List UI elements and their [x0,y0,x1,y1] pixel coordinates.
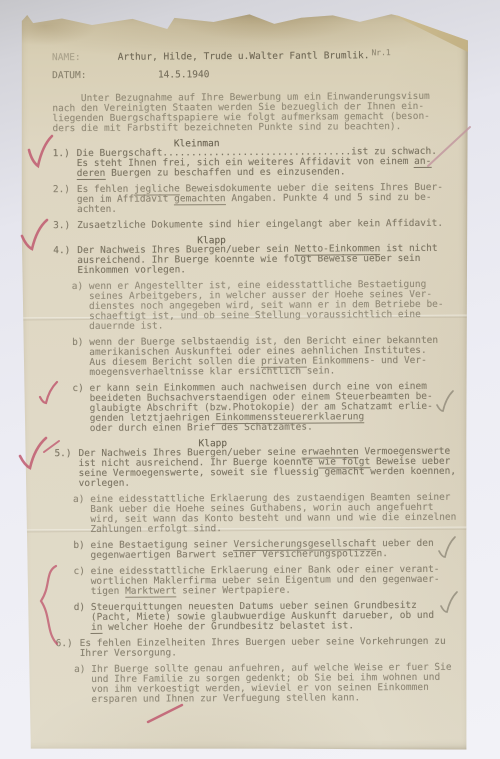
doc-line: ersparen und Ihnen zur Verfuegung stelle… [91,693,451,705]
sub-item-label: d) [74,603,91,633]
doc-line: oder durch einen Brief des Schatzamtes. [90,422,433,434]
sub-item-label: c) [73,567,90,597]
sub-item-label: a) [72,282,89,332]
scanned-document-page: { "colors": { "ink": "#57503f", "paper":… [0,0,500,759]
sub-item-row: b)wenn der Buerge selbstaendig ist, den … [72,336,454,378]
date-label: DATUM: [52,71,118,81]
numbered-item: Klapp5.)Der Nachweis Ihres Buergen/ueber… [54,438,455,633]
item-number: 6.) [56,639,80,659]
doc-line: dauernde ist. [89,320,444,332]
sub-item-row: c)eine eidesstattliche Erklaerung einer … [73,565,455,597]
item-number: 3.) [53,221,77,231]
sub-item-row: c)er kann sein Einkommen auch nachweisen… [72,382,454,434]
item-number: 5.) [54,449,78,489]
name-value: Arthur, Hilde, Trude u.Walter Fantl Brum… [118,51,391,63]
date-value: 14.5.1940 [118,70,210,81]
item-body: Es fehlen Einzelheiten Ihres Buergen ueb… [80,637,446,659]
doc-line: ders die mit Farbstift bezeichneten Punk… [52,122,452,134]
sub-item-body: wenn der Buerge selbstaendig ist, den Be… [89,336,438,378]
item-body: Zusaetzliche Dokumente sind hier eingela… [77,219,443,231]
doc-line: deren Buergen zu beschaffen und es einzu… [77,167,437,179]
doc-line: gegenwaertigen Barwert seiner Versicheru… [90,549,433,561]
doc-line: Zusaetzliche Dokumente sind hier eingela… [77,219,443,231]
sub-item-row: b)eine Bestaetigung seiner Versicherungs… [73,539,455,561]
date-row: DATUM: 14.5.1940 [52,69,452,81]
doc-line: Zahlungen erfolgt sind. [90,523,456,535]
document-number: Nr.1 [369,48,390,57]
sub-item-label: a) [73,495,90,535]
sub-item-body: eine eidesstattliche Erklaerung einer Ba… [91,565,440,597]
doc-line: Ihrer Versorgung. [80,647,446,659]
sub-item-label: b) [73,541,90,561]
numbered-item: 3.)Zusaetzliche Dokumente sind hier eing… [53,219,453,231]
sub-item-row: a)eine eidesstattliche Erklaerung des zu… [73,493,455,535]
item-body: Es fehlen jegliche Beweisdokumente ueber… [77,183,443,215]
intro-paragraph: Unter Bezugnahme auf Ihre Bewerbung um e… [52,92,452,134]
item-row: 5.)Der Nachweis Ihres Buergen/ueber sein… [54,447,454,489]
numbered-item: 2.)Es fehlen jegliche Beweisdokumente ue… [53,183,453,215]
item-number: 2.) [53,185,77,215]
sub-item-row: a)Ihr Buerge sollte genau anfuehren, auf… [74,663,456,705]
numbered-item: Klapp4.)Der Nachweis Ihres Buergen/ueber… [53,235,454,434]
item-row: 2.)Es fehlen jegliche Beweisdokumente ue… [53,183,453,215]
sub-item-body: eine eidesstattliche Erklaerung des zust… [90,493,456,535]
sub-item-body: Steuerquittungen neuesten Datums ueber s… [91,601,434,633]
items-list: Kleinman1.)Die Buergschaft..............… [53,138,456,705]
item-row: 3.)Zusaetzliche Dokumente sind hier eing… [53,219,453,231]
sub-item-row: d)Steuerquittungen neuesten Datums ueber… [74,601,456,633]
item-row: 4.)Der Nachweis Ihres Buergen/ueber sein… [53,244,453,276]
numbered-item: 6.)Es fehlen Einzelheiten Ihres Buergen … [56,637,456,705]
doc-line: Einkommen vorlegen. [77,264,437,276]
sub-item-label: b) [72,338,89,378]
item-number: 1.) [53,149,77,179]
document-header: NAME: Arthur, Hilde, Trude u.Walter Fant… [52,51,452,81]
doc-line: in welcher Hoehe der Grundbesitz belaste… [91,621,434,633]
doc-line: moegensverhaeltnisse klar ersichtlich se… [89,366,438,378]
sub-item-body: eine Bestaetigung seiner Versicherungsge… [90,539,433,561]
name-row: NAME: Arthur, Hilde, Trude u.Walter Fant… [52,51,452,63]
sub-item-body: Ihr Buerge sollte genau anfuehren, auf w… [91,663,452,705]
sub-item-row: a)wenn er Angestellter ist, eine eidesst… [72,280,454,332]
paper-sheet: NAME: Arthur, Hilde, Trude u.Walter Fant… [18,9,473,753]
sub-item-label: a) [74,665,91,705]
numbered-item: Kleinman1.)Die Buergschaft..............… [53,138,453,179]
item-body: Der Nachweis Ihres Buergen/ueber seine e… [78,447,456,489]
item-row: 1.)Die Buergschaft......................… [53,147,453,179]
item-body: Die Buergschaft.........................… [77,147,438,179]
sub-item-body: wenn er Angestellter ist, eine eidesstat… [89,280,444,332]
item-body: Der Nachweis Ihres Buergen/ueber sein Ne… [77,244,438,276]
item-number: 4.) [53,246,77,276]
item-row: 6.)Es fehlen Einzelheiten Ihres Buergen … [56,637,456,659]
sub-item-body: er kann sein Einkommen auch nachweisen d… [89,382,432,434]
sub-item-label: c) [72,384,89,434]
document-text: NAME: Arthur, Hilde, Trude u.Walter Fant… [52,51,456,705]
doc-line: tigen Marktwert seiner Wertpapiere. [91,585,440,597]
name-label: NAME: [52,53,118,63]
